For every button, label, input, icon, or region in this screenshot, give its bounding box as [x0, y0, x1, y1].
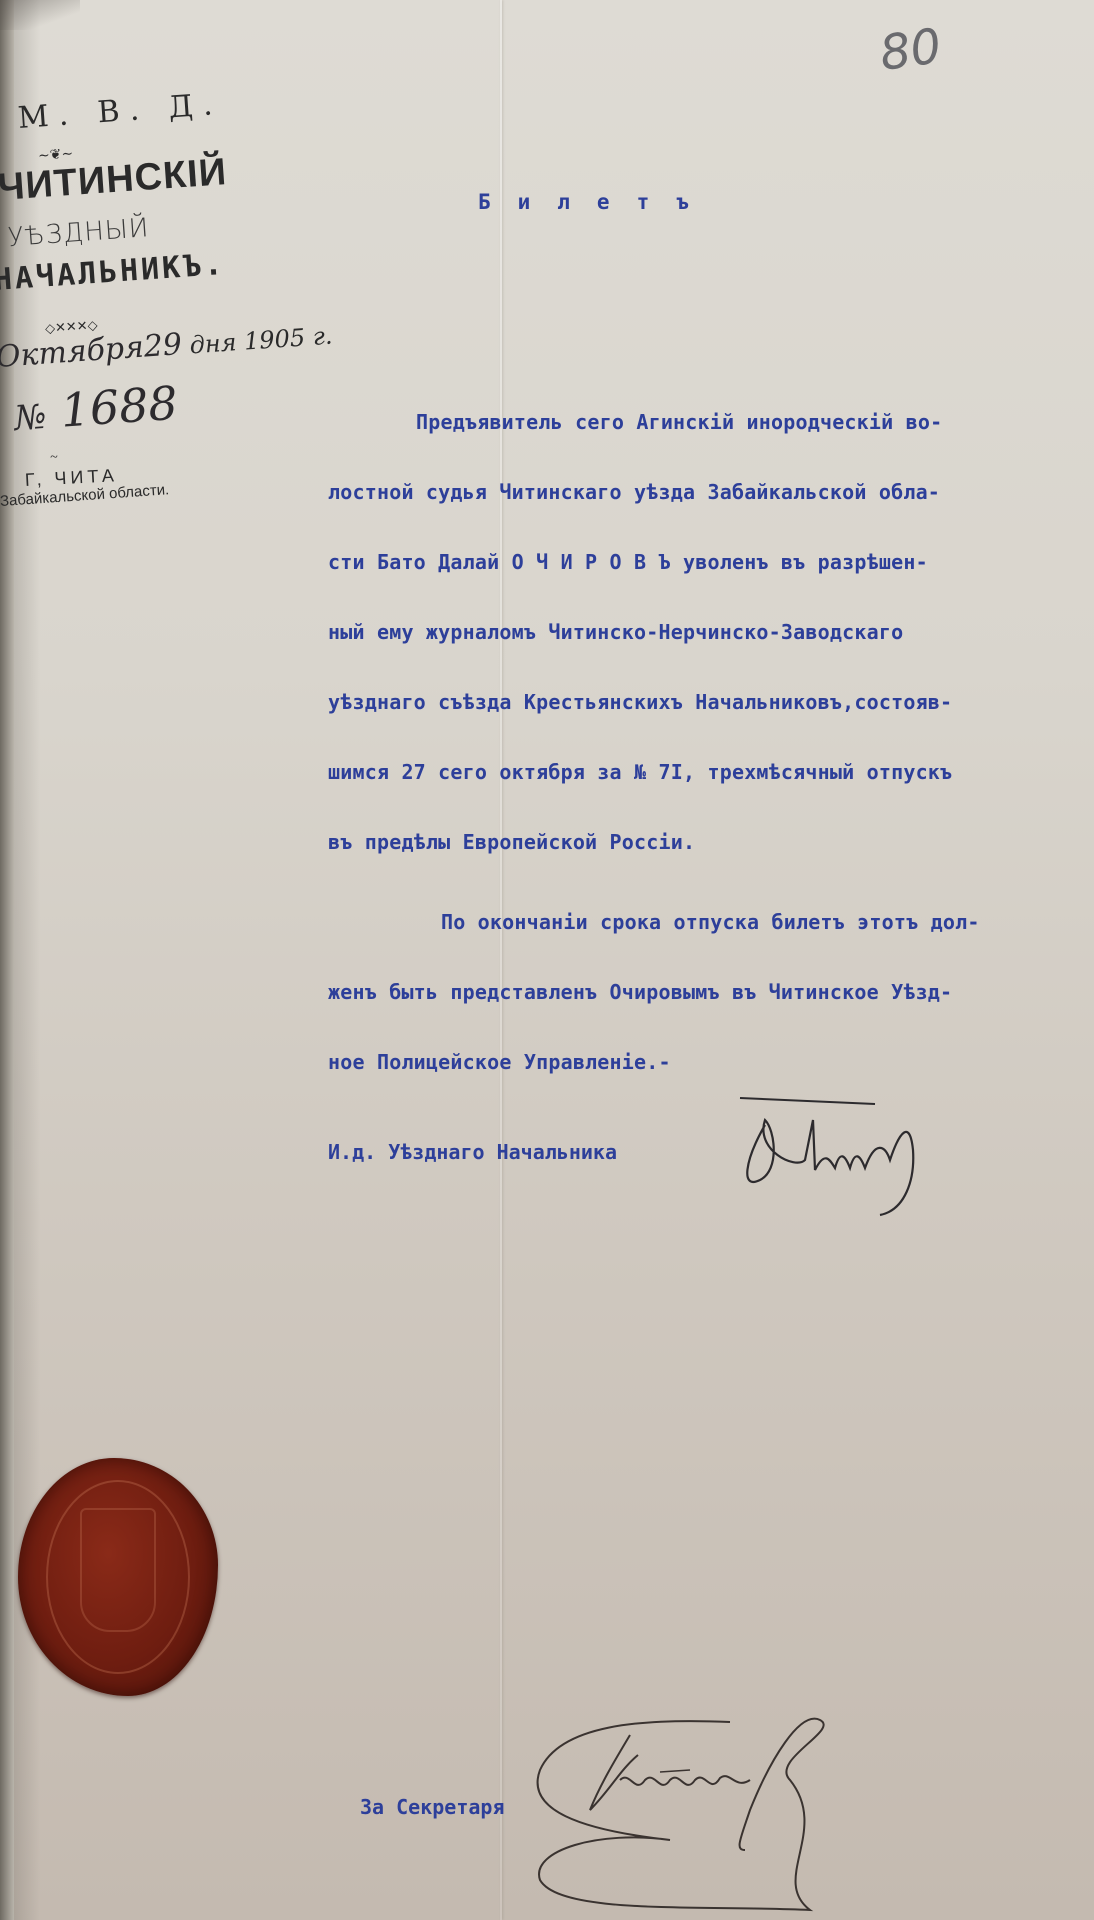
secretary-signature-icon: [520, 1700, 840, 1920]
seal-coat-of-arms-icon: [80, 1508, 156, 1632]
body-line: женъ быть представленъ Очировымъ въ Чити…: [328, 980, 952, 1004]
number-value: 1688: [59, 376, 180, 438]
body-line: Предъявитель сего Агинскій инородческій …: [416, 410, 942, 434]
body-line: шимся 27 сего октября за № 7I, трехмѣсяч…: [328, 760, 952, 784]
body-line: уѣзднаго съѣзда Крестьянскихъ Начальнико…: [328, 690, 952, 714]
flourish-icon: ~: [50, 450, 58, 466]
official-title-label: И.д. Уѣзднаго Начальника: [328, 1140, 617, 1164]
official-signature-icon: [735, 1090, 955, 1220]
archive-page-number: 80: [876, 18, 944, 82]
date-year: 1905: [243, 323, 306, 355]
secretary-label: За Секретаря: [360, 1795, 505, 1819]
document-number: № 1688: [12, 376, 179, 441]
corner-crease: [0, 0, 80, 30]
body-line: сти Бато Далай О Ч И Р О В Ъ уволенъ въ …: [328, 550, 928, 574]
vertical-fold-line: [500, 0, 502, 1920]
body-line: По окончаніи срока отпуска билетъ этотъ …: [392, 910, 980, 934]
body-line: ное Полицейское Управленіе.-: [328, 1050, 671, 1074]
body-line: въ предѣлы Европейской Россіи.: [328, 830, 695, 854]
date-year-suffix: г.: [312, 322, 334, 351]
document-title: Билетъ: [478, 190, 716, 214]
body-line: ный ему журналомъ Читинско-Нерчинско-Зав…: [328, 620, 903, 644]
number-label: №: [13, 397, 48, 439]
date-day-label: дня: [189, 328, 238, 359]
body-line: лостной судья Читинскаго уѣзда Забайкаль…: [328, 480, 940, 504]
date-day: 29: [143, 327, 184, 365]
